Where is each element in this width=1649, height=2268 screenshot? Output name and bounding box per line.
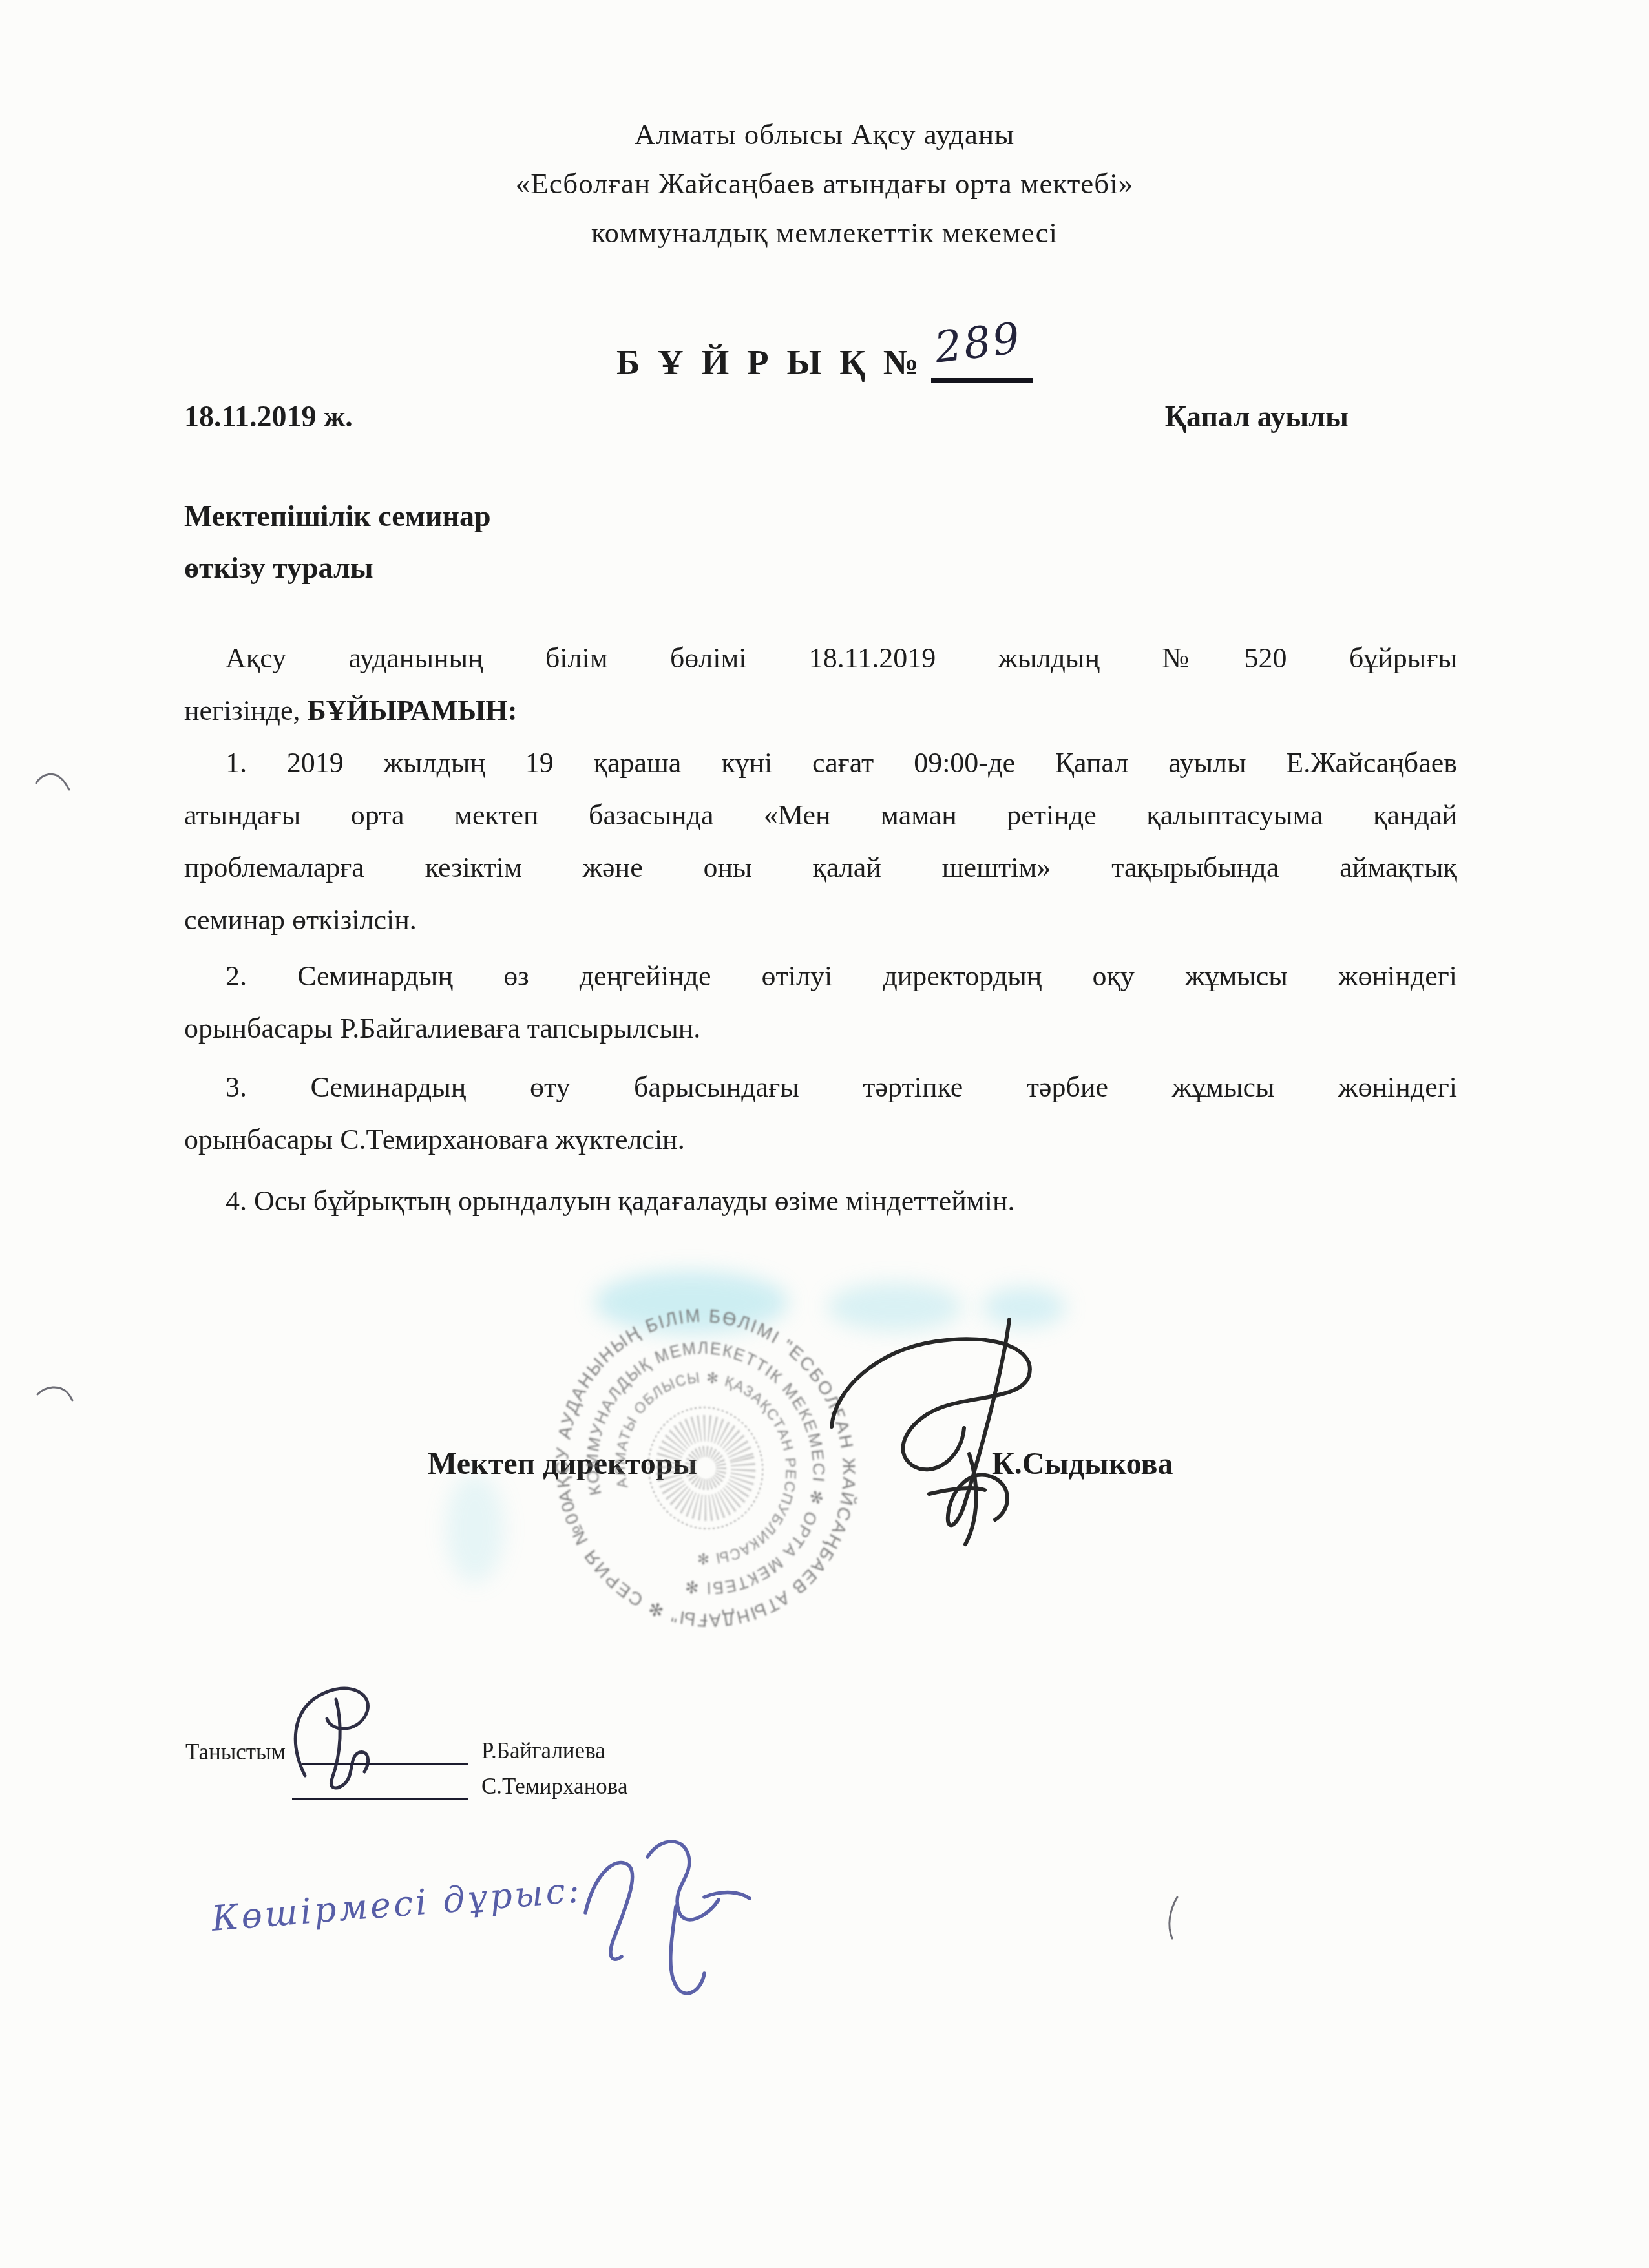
left-margin-mark-1 [36, 774, 69, 790]
order-number-handwritten: 289 [932, 313, 1024, 373]
subject-line-1: Мектепішілік семинар [184, 499, 491, 533]
handwritten-copy-note: Көшірмесі дұрыс: [210, 1869, 583, 1939]
order-item-4: 4. Осы бұйрықтың орындалуын қадағалауды … [184, 1175, 1457, 1227]
scan-smudge [594, 1272, 788, 1333]
signature-line-1 [302, 1763, 468, 1765]
item2-line-2: орынбасары Р.Байгалиеваға тапсырылсын. [184, 1002, 1457, 1055]
scan-smudge [446, 1473, 504, 1583]
acquainted-signature [295, 1688, 368, 1788]
intro-line-2: негізінде, БҰЙЫРАМЫН: [184, 684, 1457, 737]
left-margin-mark-2 [37, 1387, 72, 1400]
order-item-3: 3. Семинардың өту барысындағы тәртіпке т… [184, 1061, 1457, 1166]
subject-line-2: өткізу туралы [184, 551, 373, 585]
order-date: 18.11.2019 ж. [184, 399, 353, 434]
acquainted-label: Таныстым [185, 1739, 286, 1765]
item4-line-1: 4. Осы бұйрықтың орындалуын қадағалауды … [184, 1175, 1457, 1227]
item2-line-1: 2. Семинардың өз деңгейінде өтілуі дирек… [184, 950, 1457, 1002]
signature-line-2 [292, 1798, 468, 1800]
org-type-line: коммуналдық мемлекеттік мекемесі [0, 216, 1649, 249]
order-title: Б Ұ Й Р Ы Қ №289 [0, 322, 1649, 383]
org-region-line: Алматы облысы Ақсу ауданы [0, 118, 1649, 151]
copy-note-signature [585, 1842, 750, 1993]
director-signature [832, 1319, 1030, 1544]
scan-smudge [982, 1287, 1066, 1327]
item1-line-2: атындағы орта мектеп базасында «Мен мама… [184, 789, 1457, 841]
item1-line-4: семинар өткізілсін. [184, 894, 1457, 946]
order-item-2: 2. Семинардың өз деңгейінде өтілуі дирек… [184, 950, 1457, 1055]
item3-line-2: орынбасары С.Темирхановаға жүктелсін. [184, 1113, 1457, 1166]
item1-line-1: 1. 2019 жылдың 19 қараша күні сағат 09:0… [184, 737, 1457, 789]
item1-line-3: проблемаларға кезіктім және оны қалай ше… [184, 841, 1457, 894]
acquainted-name-1: Р.Байгалиева [481, 1738, 605, 1764]
order-place: Қапал ауылы [1165, 399, 1349, 434]
intro-line-2-text: негізінде, [184, 695, 307, 726]
order-number-underline: 289 [931, 322, 1033, 383]
intro-line-1: Ақсу ауданының білім бөлімі 18.11.2019 ж… [184, 632, 1457, 684]
org-school-line: «Есболған Жайсаңбаев атындағы орта мекте… [0, 167, 1649, 200]
acquainted-name-2: С.Темирханова [481, 1774, 627, 1800]
scanned-order-document: Алматы облысы Ақсу ауданы «Есболған Жайс… [0, 0, 1649, 2268]
order-item-1: 1. 2019 жылдың 19 қараша күні сағат 09:0… [184, 737, 1457, 946]
intro-line-2-order-word: БҰЙЫРАМЫН: [307, 695, 517, 726]
item3-line-1: 3. Семинардың өту барысындағы тәртіпке т… [184, 1061, 1457, 1113]
director-name: К.Сыдыкова [992, 1446, 1173, 1482]
paren-pen-mark [1170, 1897, 1177, 1938]
order-title-label: Б Ұ Й Р Ы Қ № [616, 342, 923, 383]
scan-smudge [827, 1283, 963, 1331]
intro-paragraph: Ақсу ауданының білім бөлімі 18.11.2019 ж… [184, 632, 1457, 737]
director-label: Мектеп директоры [428, 1446, 697, 1482]
